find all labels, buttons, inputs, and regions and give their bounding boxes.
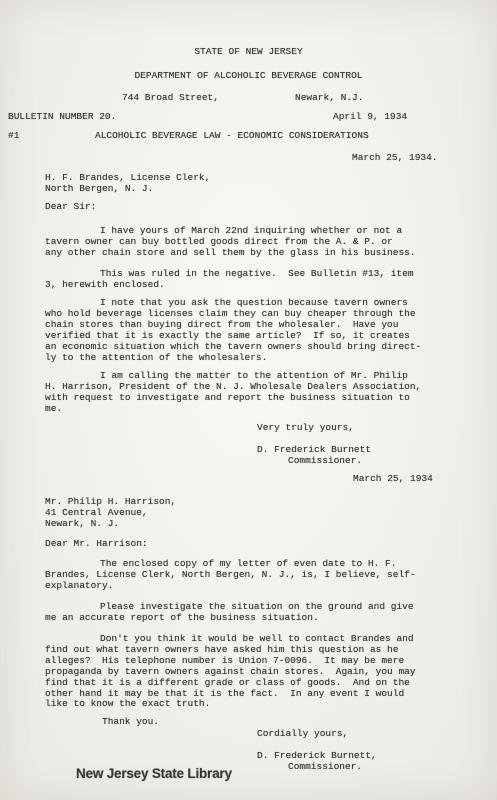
letter1-paragraph: I have yours of March 22nd inquiring whe… (45, 226, 416, 259)
letterhead-department-title: DEPARTMENT OF ALCOHOLIC BEVERAGE CONTROL (0, 71, 497, 82)
letter1-recipient-address: H. F. Brandes, License Clerk, North Berg… (45, 173, 210, 195)
letter1-paragraph: I am calling the matter to the attention… (45, 371, 421, 415)
letter2-date: March 25, 1934 (353, 474, 433, 485)
bulletin-date: April 9, 1934 (333, 112, 407, 123)
letter2-thank-you-line: Thank you. (102, 717, 159, 728)
scanned-letter-page: STATE OF NEW JERSEY DEPARTMENT OF ALCOHO… (0, 0, 497, 800)
letter1-paragraph: This was ruled in the negative. See Bull… (45, 269, 414, 291)
letterhead-city-address: Newark, N.J. (295, 93, 363, 104)
letter2-recipient-address: Mr. Philip H. Harrison, 41 Central Avenu… (45, 497, 176, 530)
letter2-salutation: Dear Mr. Harrison: (45, 539, 148, 550)
letter2-signature-title: Commissioner. (288, 762, 362, 773)
letter1-date: March 25, 1934. (352, 153, 438, 164)
subject-heading: ALCOHOLIC BEVERAGE LAW - ECONOMIC CONSID… (95, 131, 369, 142)
letter1-closing: Very truly yours, (257, 423, 354, 434)
letterhead-street-address: 744 Broad Street, (122, 93, 219, 104)
letter1-signature-title: Commissioner. (288, 456, 362, 467)
letterhead-state-title: STATE OF NEW JERSEY (0, 47, 497, 58)
letter1-paragraph: I note that you ask the question because… (45, 298, 421, 363)
bulletin-number: BULLETIN NUMBER 20. (8, 112, 116, 123)
item-number: #1 (8, 131, 19, 142)
library-stamp: New Jersey State Library (76, 769, 232, 780)
letter2-paragraph: The enclosed copy of my letter of even d… (45, 559, 416, 592)
letter2-closing: Cordially yours, (257, 729, 348, 740)
letter2-paragraph: Please investigate the situation on the … (45, 602, 414, 624)
letter1-salutation: Dear Sir: (45, 202, 96, 213)
letter2-paragraph: Don't you think it would be well to cont… (45, 634, 416, 710)
